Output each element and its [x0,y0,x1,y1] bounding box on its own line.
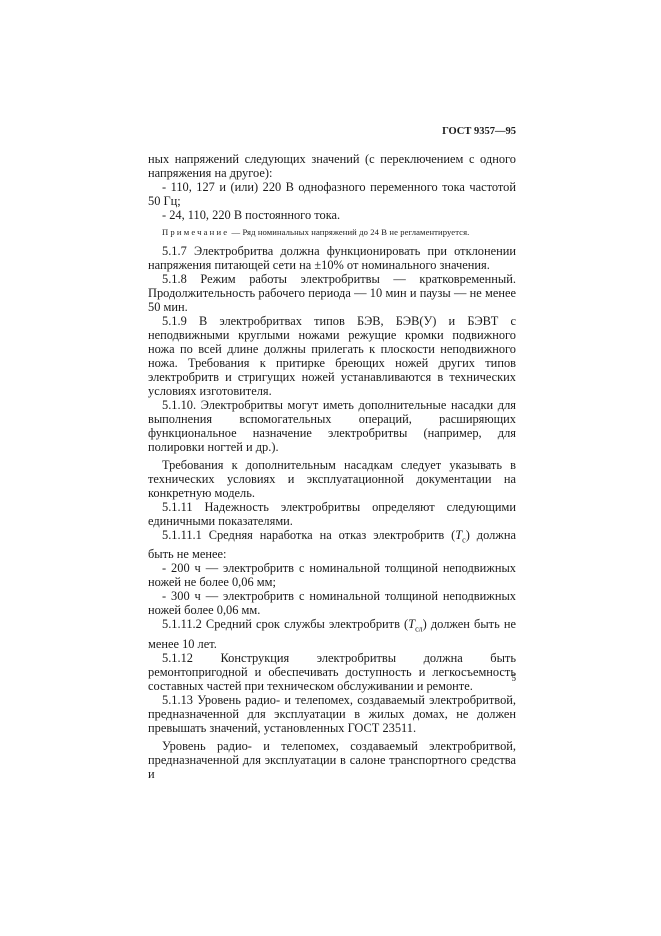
clause-5-1-13: 5.1.13 Уровень радио- и телепомех, созда… [148,693,516,735]
text: 5.1.11.2 Средний срок службы электробрит… [162,617,408,631]
document-body: ных напряжений следующих значений (с пер… [148,152,516,781]
clause-5-1-10: 5.1.10. Электробритвы могут иметь дополн… [148,398,516,454]
clause-5-1-11-1: 5.1.11.1 Средняя наработка на отказ элек… [148,528,516,561]
paragraph: Требования к дополнительным насадкам сле… [148,458,516,500]
subscript: сл [415,625,423,634]
note-text: — Ряд номинальных напряжений до 24 В не … [229,227,469,237]
paragraph: Уровень радио- и телепомех, создаваемый … [148,739,516,781]
paragraph: ных напряжений следующих значений (с пер… [148,152,516,180]
list-item: - 24, 110, 220 В постоянного тока. [148,208,516,222]
list-item: - 300 ч — электробритв с номинальной тол… [148,589,516,617]
list-item: - 110, 127 и (или) 220 В однофазного пер… [148,180,516,208]
clause-5-1-11: 5.1.11 Надежность электробритвы определя… [148,500,516,528]
page-number: 5 [512,673,517,683]
standard-header: ГОСТ 9357—95 [442,126,516,137]
clause-5-1-12: 5.1.12 Конструкция электробритвы должна … [148,651,516,693]
clause-5-1-9: 5.1.9 В электробритвах типов БЭВ, БЭВ(У)… [148,314,516,398]
note-label: Примечание [162,227,229,237]
text: 5.1.11.1 Средняя наработка на отказ элек… [162,528,455,542]
list-item: - 200 ч — электробритв с номинальной тол… [148,561,516,589]
clause-5-1-11-2: 5.1.11.2 Средний срок службы электробрит… [148,617,516,650]
note: Примечание — Ряд номинальных напряжений … [148,225,516,239]
clause-5-1-7: 5.1.7 Электробритва должна функционирова… [148,244,516,272]
clause-5-1-8: 5.1.8 Режим работы электробритвы — кратк… [148,272,516,314]
